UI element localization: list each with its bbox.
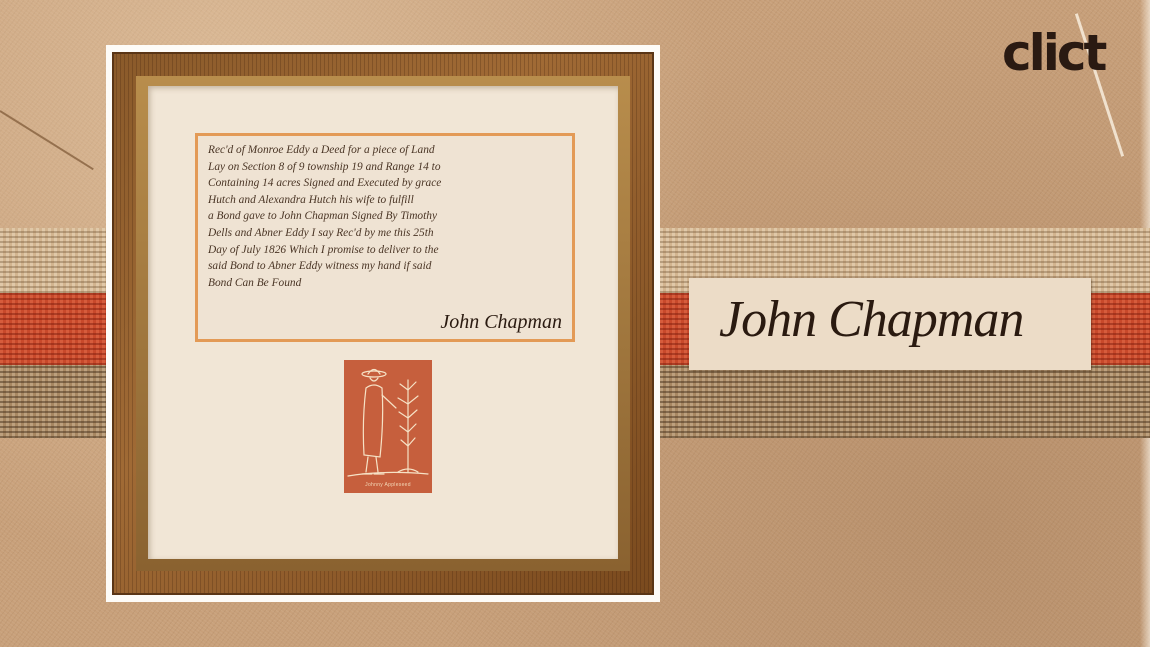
letter-line: a Bond gave to John Chapman Signed By Ti… — [208, 208, 562, 225]
illustration-caption: Johnny Appleseed — [344, 482, 432, 488]
signature-closeup-text: John Chapman — [719, 290, 1023, 349]
man-with-sapling-icon — [344, 360, 432, 493]
handwritten-letter-border: Rec'd of Monroe Eddy a Deed for a piece … — [195, 133, 575, 342]
signature-closeup: John Chapman — [689, 278, 1091, 370]
letter-line: Day of July 1826 Which I promise to deli… — [208, 242, 562, 259]
clict-logo-icon: clict — [1002, 28, 1104, 78]
letter-line: said Bond to Abner Eddy witness my hand … — [208, 258, 562, 275]
letter-signature: John Chapman — [440, 314, 562, 331]
letter-line: Dells and Abner Eddy I say Rec'd by me t… — [208, 225, 562, 242]
letter-line: Lay on Section 8 of 9 township 19 and Ra… — [208, 159, 562, 176]
letter-line: Bond Can Be Found — [208, 275, 562, 292]
letter-line: Rec'd of Monroe Eddy a Deed for a piece … — [208, 142, 562, 159]
letter-line: Hutch and Alexandra Hutch his wife to fu… — [208, 192, 562, 209]
handwritten-letter: Rec'd of Monroe Eddy a Deed for a piece … — [198, 136, 572, 339]
johnny-appleseed-illustration: Johnny Appleseed — [344, 360, 432, 493]
letter-line: Containing 14 acres Signed and Executed … — [208, 175, 562, 192]
